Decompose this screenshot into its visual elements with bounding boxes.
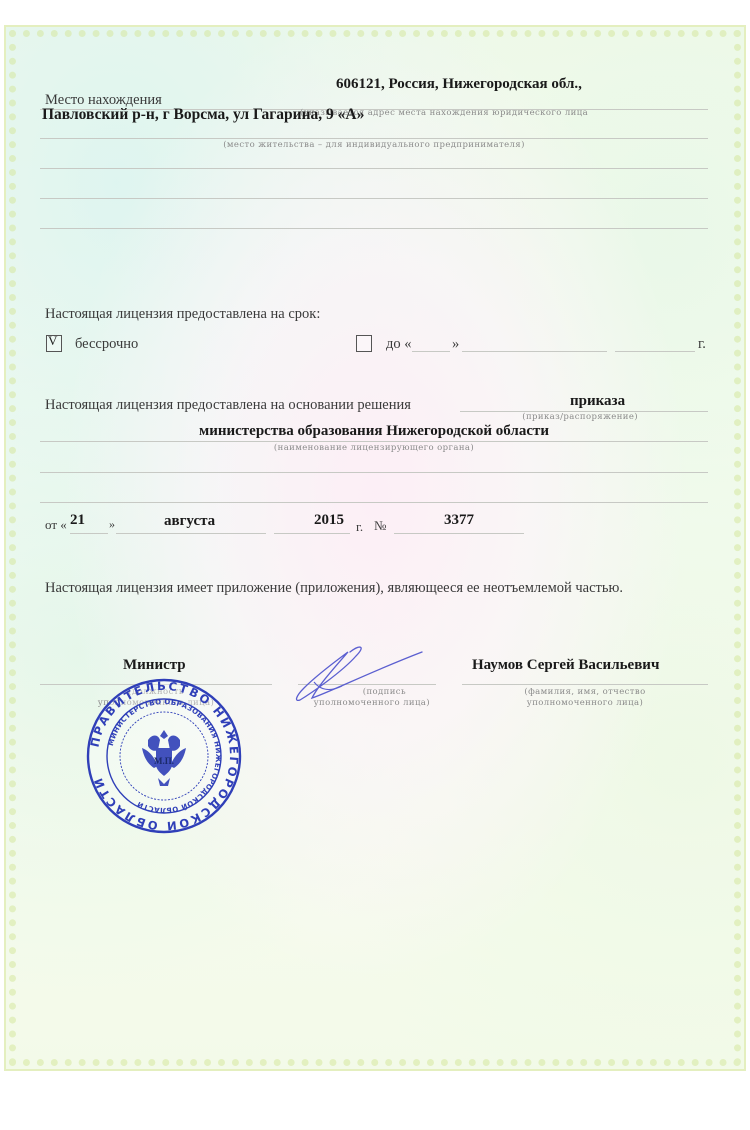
term-heading: Настоящая лицензия предоставлена на срок… [45,306,320,323]
decision-month: августа [164,513,215,530]
authority-rule [40,441,708,442]
name-hint-line-1: (фамилия, имя, отчество [462,687,708,698]
date-close-quote: » [109,517,115,532]
address-line-1: 606121, Россия, Нижегородская обл., [336,76,582,93]
number-label: № [374,518,386,534]
licensing-authority: министерства образования Нижегородской о… [40,423,708,440]
position-rule [40,684,272,685]
decision-number-rule [394,533,524,534]
address-rule-2 [40,138,708,139]
blank-rule-2 [40,198,708,199]
checkmark: V [48,333,57,348]
signature-hint-line-1: (подпись [300,687,430,698]
blank-rule-3 [40,228,708,229]
position-hint: (должность уполномоченного лица) [40,687,272,709]
until-month-field[interactable] [462,351,607,352]
name-hint-line-2: уполномоченного лица) [462,698,708,709]
blank-rule-4 [40,472,708,473]
authority-hint: (наименование лицензирующего органа) [40,443,708,453]
date-prefix: от « [45,517,67,533]
until-year-field[interactable] [615,351,695,352]
signature-rule [298,684,436,685]
address-line-2: Павловский р-н, г Ворсма, ул Гагарина, 9… [42,106,364,124]
indefinite-label: бессрочно [75,336,138,353]
until-close-quote: » [452,336,459,353]
basis-heading: Настоящая лицензия предоставлена на осно… [45,397,411,414]
decision-month-rule [116,533,266,534]
signature-hint-line-2: уполномоченного лица) [300,698,430,709]
position-hint-line-1: (должность [40,687,272,698]
blank-rule-1 [40,168,708,169]
until-day-field[interactable] [412,351,450,352]
appendix-note: Настоящая лицензия имеет приложение (при… [45,580,623,597]
decision-day: 21 [70,512,85,529]
until-suffix: г. [698,336,706,353]
signature-hint: (подпись уполномоченного лица) [300,687,438,709]
name-hint: (фамилия, имя, отчество уполномоченного … [462,687,708,709]
license-sheet [4,25,746,1071]
decision-type: приказа [570,393,625,410]
signatory-name: Наумов Сергей Васильевич [472,657,659,674]
decision-number: 3377 [444,512,474,529]
position-hint-line-2: уполномоченного лица) [40,698,272,709]
year-suffix: г. [356,519,363,535]
until-prefix: до « [386,336,412,353]
until-date-checkbox[interactable] [356,335,372,352]
name-rule [462,684,708,685]
signatory-position: Министр [123,657,186,674]
decision-year-rule [274,533,350,534]
decision-year: 2015 [314,512,344,529]
decision-type-hint: (приказ/распоряжение) [460,412,708,422]
decision-day-rule [70,533,108,534]
address-hint-individual: (место жительства – для индивидуального … [40,140,708,150]
blank-rule-5 [40,502,708,503]
indefinite-checkbox[interactable]: V [46,335,62,352]
